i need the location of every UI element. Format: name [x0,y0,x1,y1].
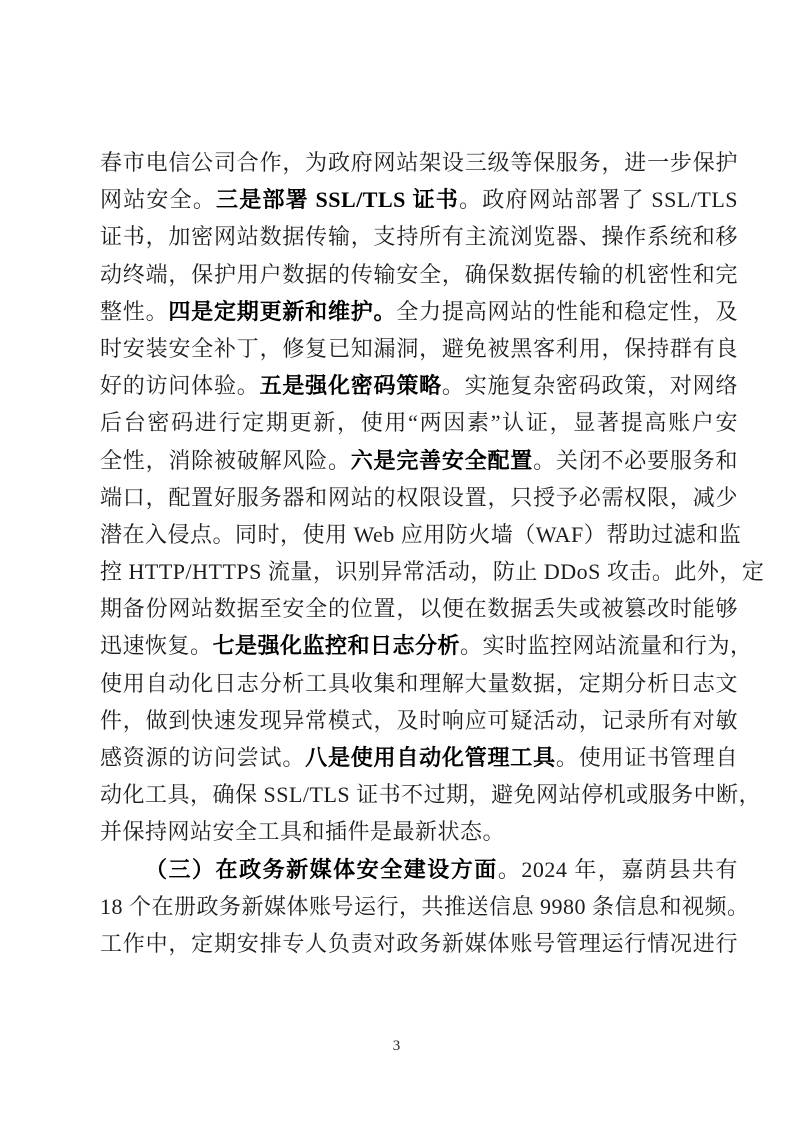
text-line: 件，做到快速发现异常模式，及时响应可疑活动，记录所有对敏 [100,702,738,739]
text-line: 时安装安全补丁，修复已知漏洞，避免被黑客利用，保持群有良 [100,330,738,367]
text-segment: 网站安全。 [100,187,216,212]
text-segment: 。实施复杂密码政策，对网络 [442,373,738,398]
text-segment: 并保持网站安全工具和插件是最新状态。 [100,819,505,844]
page-number: 3 [393,1038,401,1054]
text-line: 证书，加密网站数据传输，支持所有主流浏览器、操作系统和移 [100,218,738,255]
text-line: 端口，配置好服务器和网站的权限设置，只授予必需权限，减少 [100,479,738,516]
text-segment: 端口，配置好服务器和网站的权限设置，只授予必需权限，减少 [100,485,738,510]
inline-heading-bold: 七是强化监控和日志分析 [213,633,461,658]
text-segment: 整性。 [100,299,168,324]
text-line: 控 HTTP/HTTPS 流量，识别异常活动，防止 DDoS 攻击。此外，定 [100,553,738,590]
text-line: 18 个在册政务新媒体账号运行，共推送信息 9980 条信息和视频。 [100,888,738,925]
text-line: 好的访问体验。五是强化密码策略。实施复杂密码政策，对网络 [100,367,738,404]
text-line: 网站安全。三是部署 SSL/TLS 证书。政府网站部署了 SSL/TLS [100,181,738,218]
text-line: 春市电信公司合作，为政府网站架设三级等保服务，进一步保护 [100,144,738,181]
text-segment: 迅速恢复。 [100,633,213,658]
text-segment: 后台密码进行定期更新，使用“两因素”认证，显著提高账户安 [100,410,738,435]
text-segment: 。政府网站部署了 SSL/TLS [459,187,738,212]
text-line: 后台密码进行定期更新，使用“两因素”认证，显著提高账户安 [100,404,738,441]
text-line: 使用自动化日志分析工具收集和理解大量数据，定期分析日志文 [100,665,738,702]
inline-heading-bold: 四是定期更新和维护。 [168,299,396,324]
inline-heading-bold: 五是强化密码策略 [260,373,442,398]
text-line: 全性，消除被破解风险。六是完善安全配置。关闭不必要服务和 [100,442,738,479]
page-footer: 3 [0,1036,793,1056]
text-segment: 全力提高网站的性能和稳定性，及 [396,299,738,324]
text-segment: 动终端，保护用户数据的传输安全，确保数据传输的机密性和完 [100,262,738,287]
text-segment: 。2024 年，嘉荫县共有 [498,857,738,882]
text-segment: 全性，消除被破解风险。 [100,448,351,473]
text-segment: 工作中，定期安排专人负责对政务新媒体账号管理运行情况进行 [100,931,738,956]
text-segment: 件，做到快速发现异常模式，及时响应可疑活动，记录所有对敏 [100,708,738,733]
text-line: 迅速恢复。七是强化监控和日志分析。实时监控网站流量和行为， [100,627,738,664]
document-body: 春市电信公司合作，为政府网站架设三级等保服务，进一步保护 网站安全。三是部署 S… [100,144,738,962]
inline-heading-bold: 三是部署 SSL/TLS 证书 [216,187,459,212]
text-segment: 春市电信公司合作，为政府网站架设三级等保服务，进一步保护 [100,150,738,175]
inline-heading-bold: 六是完善安全配置 [351,448,533,473]
text-segment: 潜在入侵点。同时，使用 Web 应用防火墙（WAF）帮助过滤和监 [100,522,741,547]
document-page: 春市电信公司合作，为政府网站架设三级等保服务，进一步保护 网站安全。三是部署 S… [0,0,793,1122]
text-line: 并保持网站安全工具和插件是最新状态。 [100,813,738,850]
text-segment: 期备份网站数据至安全的位置，以便在数据丢失或被篡改时能够 [100,596,738,621]
text-line: （三）在政务新媒体安全建设方面。2024 年，嘉荫县共有 [100,851,738,888]
text-line: 动终端，保护用户数据的传输安全，确保数据传输的机密性和完 [100,256,738,293]
text-segment: 。实时监控网站流量和行为， [460,633,753,658]
text-segment: 证书，加密网站数据传输，支持所有主流浏览器、操作系统和移 [100,224,738,249]
text-line: 感资源的访问尝试。八是使用自动化管理工具。使用证书管理自 [100,739,738,776]
text-segment: 感资源的访问尝试。 [100,745,305,770]
text-line: 整性。四是定期更新和维护。全力提高网站的性能和稳定性，及 [100,293,738,330]
text-segment: 。使用证书管理自 [556,745,738,770]
text-segment: 18 个在册政务新媒体账号运行，共推送信息 9980 条信息和视频。 [100,894,750,919]
text-line: 动化工具，确保 SSL/TLS 证书不过期，避免网站停机或服务中断， [100,776,738,813]
text-segment: 动化工具，确保 SSL/TLS 证书不过期，避免网站停机或服务中断， [100,782,761,807]
inline-heading-bold: （三）在政务新媒体安全建设方面 [145,857,498,882]
inline-heading-bold: 八是使用自动化管理工具 [305,745,556,770]
text-line: 工作中，定期安排专人负责对政务新媒体账号管理运行情况进行 [100,925,738,962]
text-segment: 控 HTTP/HTTPS 流量，识别异常活动，防止 DDoS 攻击。此外，定 [100,559,764,584]
text-segment: 使用自动化日志分析工具收集和理解大量数据，定期分析日志文 [100,671,738,696]
text-line: 潜在入侵点。同时，使用 Web 应用防火墙（WAF）帮助过滤和监 [100,516,738,553]
text-segment: 好的访问体验。 [100,373,260,398]
text-line: 期备份网站数据至安全的位置，以便在数据丢失或被篡改时能够 [100,590,738,627]
text-segment: 时安装安全补丁，修复已知漏洞，避免被黑客利用，保持群有良 [100,336,738,361]
text-segment: 。关闭不必要服务和 [533,448,738,473]
